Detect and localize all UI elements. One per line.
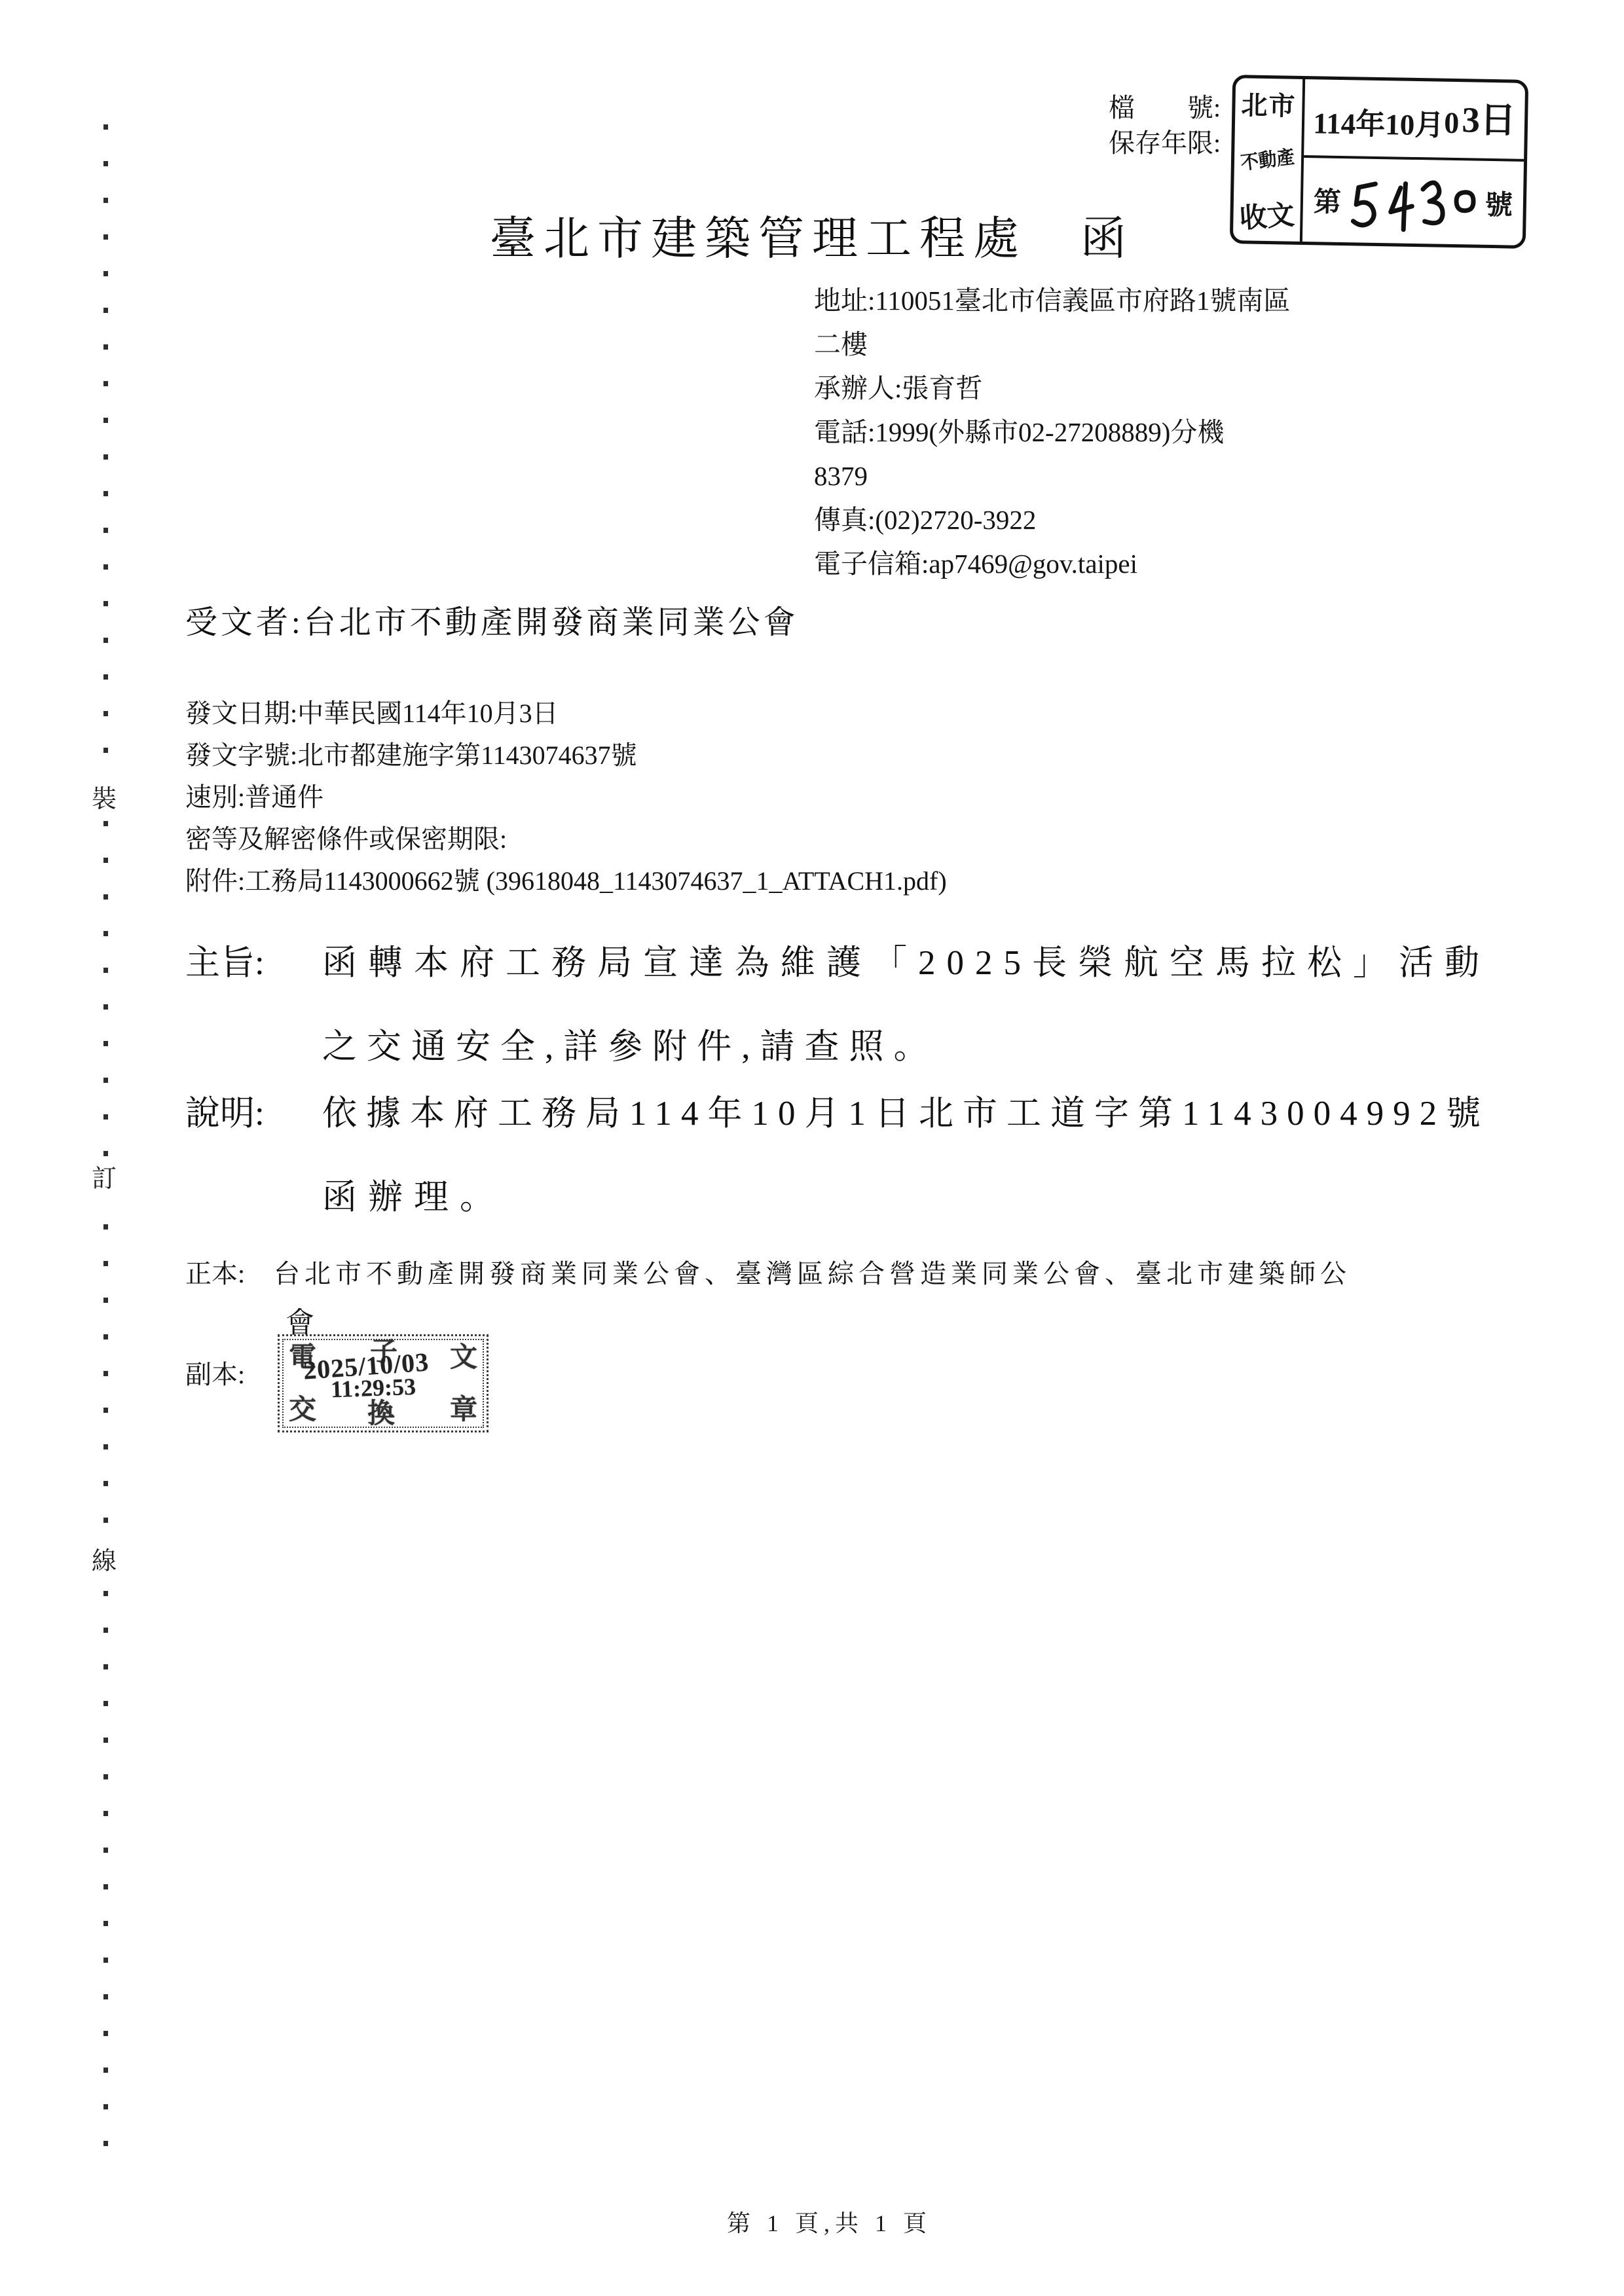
sender-email: 電子信箱:ap7469@gov.taipei — [814, 542, 1290, 586]
sender-info-block: 地址:110051臺北市信義區市府路1號南區 二樓 承辦人:張育哲 電話:199… — [814, 279, 1290, 586]
description-label: 說明: — [185, 1085, 265, 1135]
meta-attachment: 附件:工務局1143000662號 (39618048_1143074637_1… — [185, 860, 947, 902]
binding-mark-xian: 線 — [92, 1542, 117, 1580]
doc-meta-block: 發文日期:中華民國114年10月3日 發文字號:北市都建施字第114307463… — [185, 693, 947, 902]
exchange-char-wen: 文 — [450, 1344, 477, 1372]
handwritten-number-5430 — [1341, 169, 1486, 244]
sender-fax: 傳真:(02)2720-3922 — [814, 498, 1290, 542]
page-title: 臺北市建築管理工程處 函 — [490, 202, 1134, 268]
received-stamp-number-row: 第 號 — [1302, 158, 1524, 246]
stamp-org-received: 收文 — [1238, 193, 1296, 236]
subject-label: 主旨: — [185, 935, 265, 985]
subject-line-1: 函轉本府工務局宣達為維護「2025長榮航空馬拉松」活動 — [322, 935, 1490, 985]
binding-dotted-line — [103, 124, 108, 2167]
retention-label: 保存年限: — [1109, 126, 1221, 161]
binding-mark-ding: 訂 — [92, 1160, 117, 1198]
meta-issue-date: 發文日期:中華民國114年10月3日 — [185, 693, 947, 735]
binding-mark-zhuang: 裝 — [92, 780, 117, 818]
received-stamp-body: 114年10月 0 3日 第 號 — [1302, 79, 1525, 246]
electronic-exchange-stamp: 電 子 文 交 換 章 2025/10/03 11:29:53 — [278, 1334, 489, 1432]
subject-line-2: 之交通安全,詳參附件,請查照。 — [322, 1019, 938, 1068]
document-page: 裝 訂 線 檔 號: 保存年限: 北市 不動產 收文 114年10月 0 3日 … — [0, 0, 1624, 2296]
stamp-number-suffix: 號 — [1485, 183, 1513, 223]
received-stamp: 北市 不動產 收文 114年10月 0 3日 第 — [1230, 75, 1528, 249]
exchange-char-jiao: 交 — [289, 1396, 316, 1424]
received-stamp-org: 北市 不動產 收文 — [1233, 78, 1305, 242]
recipient-line: 受文者:台北市不動產開發商業同業公會 — [185, 597, 799, 643]
page-footer: 第 1 頁,共 1 頁 — [727, 2205, 932, 2238]
original-copy-label: 正本: — [185, 1253, 245, 1290]
stamp-number-prefix: 第 — [1313, 180, 1341, 220]
cc-copy-label: 副本: — [185, 1354, 245, 1391]
sender-address-line2: 二樓 — [814, 323, 1290, 367]
exchange-char-huan: 換 — [367, 1400, 395, 1428]
original-copy-line: 台北市不動產開發商業同業公會、臺灣區綜合營造業同業公會、臺北市建築師公 — [274, 1253, 1351, 1290]
sender-contact-person: 承辦人:張育哲 — [814, 367, 1290, 410]
file-labels: 檔 號: 保存年限: — [1109, 90, 1221, 161]
stamp-date-main: 114年10月 — [1313, 99, 1445, 143]
stamp-date-day: 3日 — [1462, 90, 1517, 143]
exchange-stamp-time: 11:29:53 — [330, 1373, 416, 1404]
stamp-org-realestate: 不動產 — [1240, 142, 1297, 175]
description-line-1: 依據本府工務局114年10月1日北市工道字第1143004992號 — [322, 1085, 1490, 1135]
description-line-2: 函辦理。 — [322, 1169, 506, 1219]
meta-doc-number: 發文字號:北市都建施字第1143074637號 — [185, 735, 947, 776]
file-no-label: 檔 號: — [1109, 90, 1221, 126]
meta-security: 密等及解密條件或保密期限: — [185, 818, 947, 860]
sender-address-line: 地址:110051臺北市信義區市府路1號南區 — [814, 279, 1290, 323]
exchange-char-zhang: 章 — [450, 1396, 477, 1424]
meta-speed: 速別:普通件 — [185, 776, 947, 818]
stamp-date-zero: 0 — [1444, 105, 1460, 139]
sender-phone-line: 電話:1999(外縣市02-27208889)分機 — [814, 410, 1290, 454]
sender-phone-ext: 8379 — [814, 454, 1290, 498]
received-stamp-date: 114年10月 0 3日 — [1304, 79, 1525, 162]
stamp-org-city: 北市 — [1241, 84, 1297, 122]
